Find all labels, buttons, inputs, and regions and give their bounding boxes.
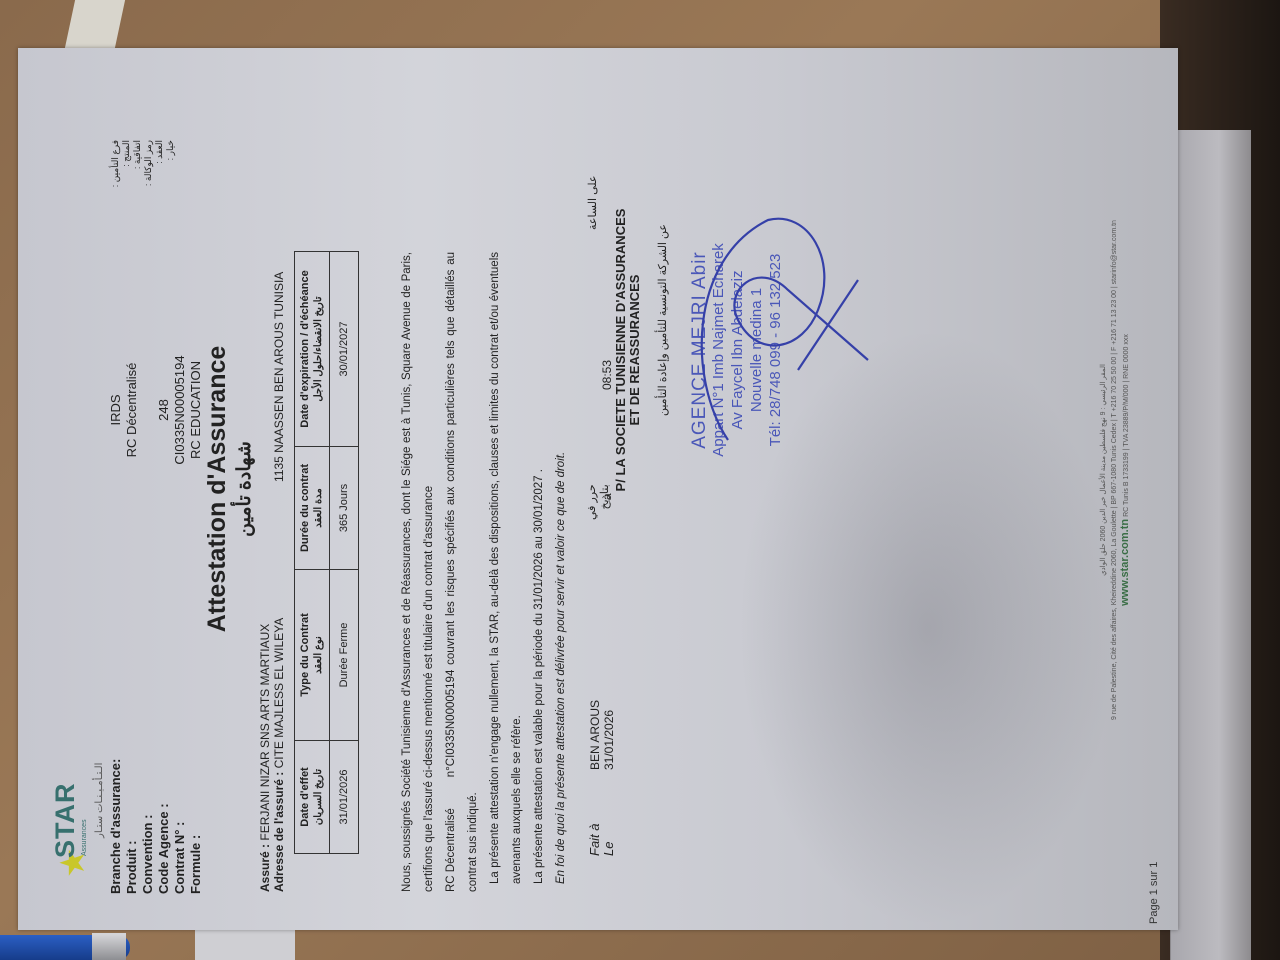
value-produit: RC Décentralisé [124,290,140,530]
page-footer: المقر الرئيسي : 9 نهج فلسطين مدينة الأعم… [1098,70,1132,870]
value-formule: RC EDUCATION [188,290,204,530]
table-row: 31/01/2026 Durée Ferme 365 Jours 30/01/2… [330,252,359,854]
page-number: Page 1 sur 1 [1148,862,1160,924]
label-contrat: Contrat N° : [172,759,188,894]
header-date-effet: Date d'effetتاريخ السريان [295,741,330,854]
a-label: à [600,493,614,500]
info-labels: Branche d'assurance: Produit : Conventio… [108,759,204,894]
page-title: Attestation d'Assurance [203,48,232,930]
label-branche: Branche d'assurance: [108,759,124,894]
logo-subtitle: Assurances [81,819,88,856]
fait-values: BEN AROUS 31/01/2026 [588,700,616,770]
time-ar-label: على الساعة [586,176,599,230]
background-paper [195,925,295,960]
label-ar-produit: المنتج : [121,140,132,250]
header-date-expiration: Date d'expiration / d'échéanceتاريخ الان… [295,252,330,447]
signatory-line-2: ET DE REASSURANCES [628,150,642,550]
insured-address: CITE MAJLESS EL WILEYA [272,618,286,769]
label-ar-formule: خيار : [165,140,176,250]
page-title-arabic: شهادة تأمين [233,48,256,930]
fait-ar-label: حرر في [586,484,599,520]
background-paper-strip [65,0,125,48]
cell-date-effet: 31/01/2026 [330,741,359,854]
table-header-row: Date d'effetتاريخ السريان Type du Contra… [295,252,330,854]
value-branche: IRDS [108,290,124,530]
cell-duree-contrat: 365 Jours [330,447,359,570]
body-paragraph-2: La présente attestation n'engage nulleme… [484,252,528,892]
body-paragraph-3: La présente attestation est valable pour… [528,252,550,892]
issue-time: 08:53 [600,360,614,390]
info-labels-arabic: فرع التأمين : المنتج : اتفاقية : رمز الو… [110,140,176,250]
cell-date-expiration: 30/01/2027 [330,252,359,447]
insured-block: Assuré : FERJANI NIZAR SNS ARTS MARTIAUX… [258,618,286,892]
header-type-contrat: Type du Contratنوع العقد [295,570,330,741]
body-paragraph-4: En foi de quoi la présente attestation e… [555,452,567,884]
info-values: IRDS RC Décentralisé 248 CI0335N00005194… [108,290,204,530]
footer-legal: RC Tunis B 1733199 | TVA 23889/P/M/000 |… [1123,334,1130,517]
pen-cap [92,933,126,960]
insurance-certificate-sheet: ★ STAR Assurances الـتـأمـيـنـات ستـار B… [18,48,1178,930]
value-code-agence: 248 [156,290,172,530]
label-convention: Convention : [140,759,156,894]
label-code-agence: Code Agence : [156,759,172,894]
label-ar-contrat: العقد : [154,140,165,250]
contract-table: Date d'effetتاريخ السريان Type du Contra… [294,251,359,854]
fait-a-label: Fait à [588,823,602,856]
address-label: Adresse de l'assuré : [272,772,286,892]
fait-lieu: BEN AROUS [588,700,602,770]
insured-name: FERJANI NIZAR SNS ARTS MARTIAUX [258,624,272,841]
certificate-page: ★ STAR Assurances الـتـأمـيـنـات ستـار B… [18,48,1178,930]
value-convention [140,290,156,530]
insured-label: Assuré : [258,844,272,892]
footer-address: 9 rue de Palestine, Cité des affaires, K… [1109,70,1120,870]
logo-brand: STAR [50,783,81,859]
insured-address-city: 1135 NAASSEN BEN AROUS TUNISIA [272,272,286,482]
logo-arabic: الـتـأمـيـنـات ستـار [94,763,105,838]
handwritten-signature [668,200,888,460]
label-produit: Produit : [124,759,140,894]
fait-date: 31/01/2026 [602,700,616,770]
le-label: Le [602,823,616,856]
footer-arabic: المقر الرئيسي : 9 نهج فلسطين مدينة الأعم… [1098,70,1109,870]
body-rc-product: RC Décentralisé [440,782,462,892]
header-duree-contrat: Durée du contratمدة العقد [295,447,330,570]
fait-labels: Fait à Le [588,823,616,856]
cell-type-contrat: Durée Ferme [330,570,359,741]
signatory-line-1: P/ LA SOCIETE TUNISIENNE D'ASSURANCES [614,150,628,550]
fait-arabic: حرر في بتاريخ [586,484,612,520]
body-paragraph-1a: Nous, soussignés Société Tunisienne d'As… [401,252,435,892]
paper-stack [1170,130,1251,960]
value-contrat: CI0335N00005194 [172,290,188,530]
label-ar-branche: فرع التأمين : [110,140,121,250]
footer-website: www.star.com.tn [1119,519,1131,606]
label-ar-convention: اتفاقية : [132,140,143,250]
certificate-body: Nous, soussignés Société Tunisienne d'As… [396,252,572,892]
label-formule: Formule : [188,759,204,894]
label-ar-code-agence: رمز الوكالة : [143,140,154,250]
date-ar-label: بتاريخ [599,484,612,520]
signatory-title: P/ LA SOCIETE TUNISIENNE D'ASSURANCES ET… [614,150,642,550]
